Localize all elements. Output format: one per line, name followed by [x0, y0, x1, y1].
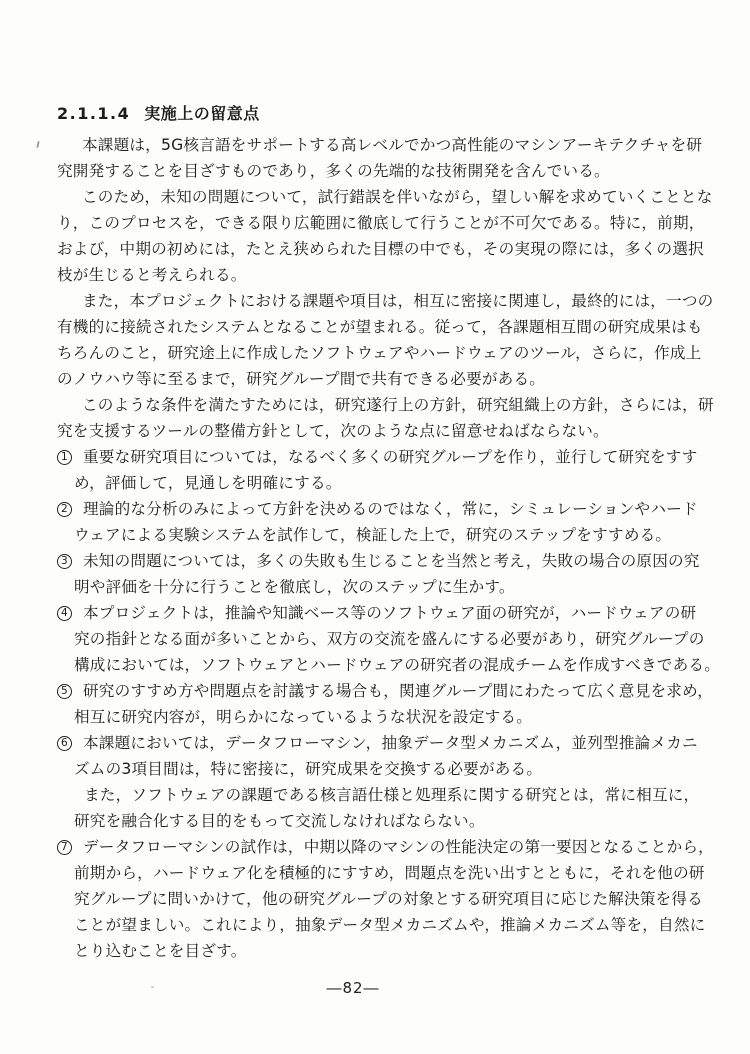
circled-number-3: 3 — [57, 554, 72, 569]
item-text: データフローマシンの試作は，中期以降のマシンの性能決定の第一要因となることから， — [83, 834, 714, 860]
circled-number-6: 6 — [57, 736, 72, 751]
item-subparagraph-line: また，ソフトウェアの課題である核言語仕様と処理系に関する研究とは，常に相互に， — [57, 782, 727, 808]
item-text: 本プロジェクトは，推論や知識ベース等のソフトウェア面の研究が，ハードウェアの研 — [83, 600, 696, 626]
scan-artifact — [36, 141, 39, 148]
numbered-item-line: 3 未知の問題については，多くの失敗も生じることを当然と考え，失敗の場合の原因の… — [57, 548, 727, 574]
item-text: 本課題においては，データフローマシン，抽象データ型メカニズム，並列型推論メカニ — [83, 730, 698, 756]
page-number: ―82― — [326, 979, 379, 997]
paragraph-line: 究を支援するツールの整備方針として，次のような点に留意せねばならない。 — [57, 418, 727, 444]
paragraph-line: および，中期の初めには，たとえ狭められた目標の中でも，その実現の際には，多くの選… — [57, 236, 727, 262]
section-number: 2.1.1.4 — [57, 104, 130, 123]
circled-number-2: 2 — [57, 502, 72, 517]
item-text: 重要な研究項目については，なるべく多くの研究グループを作り，並行して研究をすす — [83, 444, 698, 470]
circled-number-5: 5 — [57, 684, 72, 699]
item-continuation-line: 究の指針となる面が多いことから、双方の交流を盛んにする必要があり，研究グループの — [57, 626, 727, 652]
numbered-item-line: 4 本プロジェクトは，推論や知識ベース等のソフトウェア面の研究が，ハードウェアの… — [57, 600, 727, 626]
paragraph-line: ちろんのこと，研究途上に作成したソフトウェアやハードウェアのツール，さらに，作成… — [57, 340, 727, 366]
circled-number-7: 7 — [57, 840, 72, 855]
paragraph-line: 有機的に接続されたシステムとなることが望まれる。従って，各課題相互間の研究成果は… — [57, 314, 727, 340]
circled-number-4: 4 — [57, 606, 72, 621]
page-footer: ―82― — [0, 978, 750, 997]
numbered-item-line: 5 研究のすすめ方や問題点を討議する場合も，関連グループ間にわたって広く意見を求… — [57, 678, 727, 704]
numbered-item-line: 7 データフローマシンの試作は，中期以降のマシンの性能決定の第一要因となることか… — [57, 834, 727, 860]
item-continuation-line: 前期から，ハードウェア化を積極的にすすめ，問題点を洗い出すとともに，それを他の研 — [57, 860, 727, 886]
item-continuation-line: 研究を融合化する目的をもって交流しなければならない。 — [57, 808, 727, 834]
section-title: 実施上の留意点 — [144, 104, 260, 123]
item-text: 研究のすすめ方や問題点を討議する場合も，関連グループ間にわたって広く意見を求め， — [83, 678, 713, 704]
paragraph-line: このため，未知の問題について，試行錯誤を伴いながら，望しい解を求めていくこととな — [57, 184, 727, 210]
circled-number-1: 1 — [57, 450, 72, 465]
section-heading: 2.1.1.4実施上の留意点 — [57, 103, 260, 125]
paragraph-line: 本課題は，5G核言語をサポートする高レベルでかつ高性能のマシンアーキテクチャを研 — [57, 132, 727, 158]
item-continuation-line: 相互に研究内容が，明らかになっているような状況を設定する。 — [57, 704, 727, 730]
paragraph-line: 枝が生じると考えられる。 — [57, 262, 727, 288]
paragraph-line: のノウハウ等に至るまで，研究グループ間で共有できる必要がある。 — [57, 366, 727, 392]
document-body: 本課題は，5G核言語をサポートする高レベルでかつ高性能のマシンアーキテクチャを研… — [57, 132, 727, 964]
item-continuation-line: とり込むことを目ざす。 — [57, 938, 727, 964]
item-continuation-line: め，評価して，見通しを明確にする。 — [57, 470, 727, 496]
numbered-item-line: 2 理論的な分析のみによって方針を決めるのではなく，常に，シミュレーションやハー… — [57, 496, 727, 522]
numbered-item-line: 1 重要な研究項目については，なるべく多くの研究グループを作り，並行して研究をす… — [57, 444, 727, 470]
paragraph-line: また，本プロジェクトにおける課題や項目は，相互に密接に関連し，最終的には，一つの — [57, 288, 727, 314]
item-continuation-line: ウェアによる実験システムを試作して，検証した上で，研究のステップをすすめる。 — [57, 522, 727, 548]
item-text: 未知の問題については，多くの失敗も生じることを当然と考え，失敗の場合の原因の究 — [83, 548, 700, 574]
paragraph-line: 究開発することを目ざすものであり，多くの先端的な技術開発を含んでいる。 — [57, 158, 727, 184]
paragraph-line: このような条件を満たすためには，研究遂行上の方針，研究組織上の方針，さらには，研 — [57, 392, 727, 418]
item-continuation-line: 構成においては，ソフトウェアとハードウェアの研究者の混成チームを作成すべきである… — [57, 652, 727, 678]
item-continuation-line: 明や評価を十分に行うことを徹底し，次のステップに生かす。 — [57, 574, 727, 600]
document-page: 2.1.1.4実施上の留意点 本課題は，5G核言語をサポートする高レベルでかつ高… — [0, 0, 750, 1054]
item-continuation-line: 究グループに問いかけて，他の研究グループの対象とする研究項目に応じた解決策を得る — [57, 886, 727, 912]
item-continuation-line: ことが望ましい。これにより，抽象データ型メカニズムや，推論メカニズム等を，自然に — [57, 912, 727, 938]
numbered-item-line: 6 本課題においては，データフローマシン，抽象データ型メカニズム，並列型推論メカ… — [57, 730, 727, 756]
paragraph-line: り，このプロセスを，できる限り広範囲に徹底して行うことが不可欠である。特に，前期… — [57, 210, 727, 236]
item-text: 理論的な分析のみによって方針を決めるのではなく，常に，シミュレーションやハード — [83, 496, 698, 522]
item-continuation-line: ズムの3項目間は，特に密接に，研究成果を交換する必要がある。 — [57, 756, 727, 782]
